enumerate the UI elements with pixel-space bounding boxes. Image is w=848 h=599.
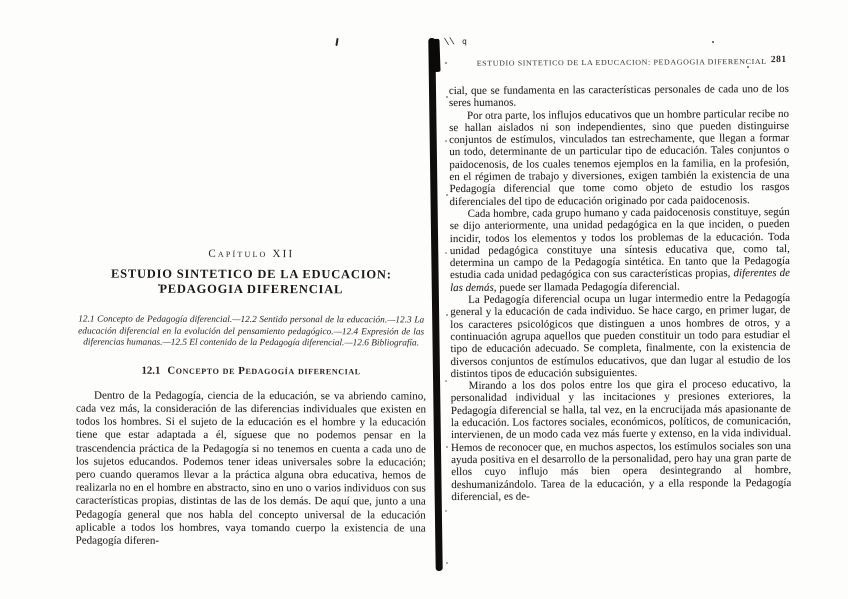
stray-slash-marks: \\ (444, 36, 456, 47)
paragraph: Por otra parte, los influjos educativos … (449, 108, 790, 208)
text-run: La Pedagogía diferencial ocupa un lugar … (450, 292, 790, 380)
dust-dot (158, 284, 160, 286)
running-head-row: ESTUDIO SINTETICO DE LA EDUCACION: PEDAG… (449, 55, 789, 70)
text-run: cial, que se fundamenta en las caracterí… (449, 83, 789, 109)
toc-summary: 12.1 Concepto de Pedagogía diferencial.—… (78, 315, 424, 351)
section-title: Concepto de Pedagogía diferencial (167, 365, 360, 378)
chapter-label: Capítulo XII (76, 248, 426, 261)
chapter-title: ESTUDIO SINTETICO DE LA EDUCACION: PEDAG… (76, 267, 426, 297)
paragraph: La Pedagogía diferencial ocupa un lugar … (450, 292, 791, 380)
spine-gutter-shadow (428, 38, 442, 571)
pen-tick-mark (335, 38, 338, 46)
paragraph: Dentro de la Pedagogía, ciencia de la ed… (76, 389, 426, 548)
section-heading: 12.1Concepto de Pedagogía diferencial (76, 364, 426, 377)
scan-speck-column (445, 62, 447, 64)
left-page-body: Dentro de la Pedagogía, ciencia de la ed… (76, 389, 426, 548)
paragraph: cial, que se fundamenta en las caracterí… (449, 83, 789, 110)
paragraph: Cada hombre, cada grupo humano y cada pa… (450, 206, 791, 294)
dust-dot (712, 41, 714, 43)
text-run: , puede ser llamada Pedagogía diferencia… (494, 280, 680, 293)
page-number: 281 (771, 55, 787, 65)
text-run: Por otra parte, los influjos educativos … (449, 108, 789, 208)
right-page: ESTUDIO SINTETICO DE LA EDUCACION: PEDAG… (449, 55, 792, 503)
left-page: Capítulo XII ESTUDIO SINTETICO DE LA EDU… (76, 248, 427, 549)
book-scan: Capítulo XII ESTUDIO SINTETICO DE LA EDU… (0, 0, 848, 599)
text-run: Mirando a los dos polos entre los que gi… (451, 378, 792, 503)
chapter-title-line-1: ESTUDIO SINTETICO DE LA EDUCACION: (76, 267, 426, 282)
chapter-title-line-2: PEDAGOGIA DIFERENCIAL (76, 281, 426, 296)
right-page-body: cial, que se fundamenta en las caracterí… (449, 83, 792, 503)
section-number: 12.1 (141, 364, 160, 376)
spine-gutter-blob (428, 39, 440, 72)
paragraph: Mirando a los dos polos entre los que gi… (451, 378, 792, 503)
dust-dot (747, 66, 749, 68)
running-header: ESTUDIO SINTETICO DE LA EDUCACION: PEDAG… (477, 58, 743, 68)
text-run: Dentro de la Pedagogía, ciencia de la ed… (76, 389, 426, 546)
stray-q-mark: q (462, 37, 467, 46)
